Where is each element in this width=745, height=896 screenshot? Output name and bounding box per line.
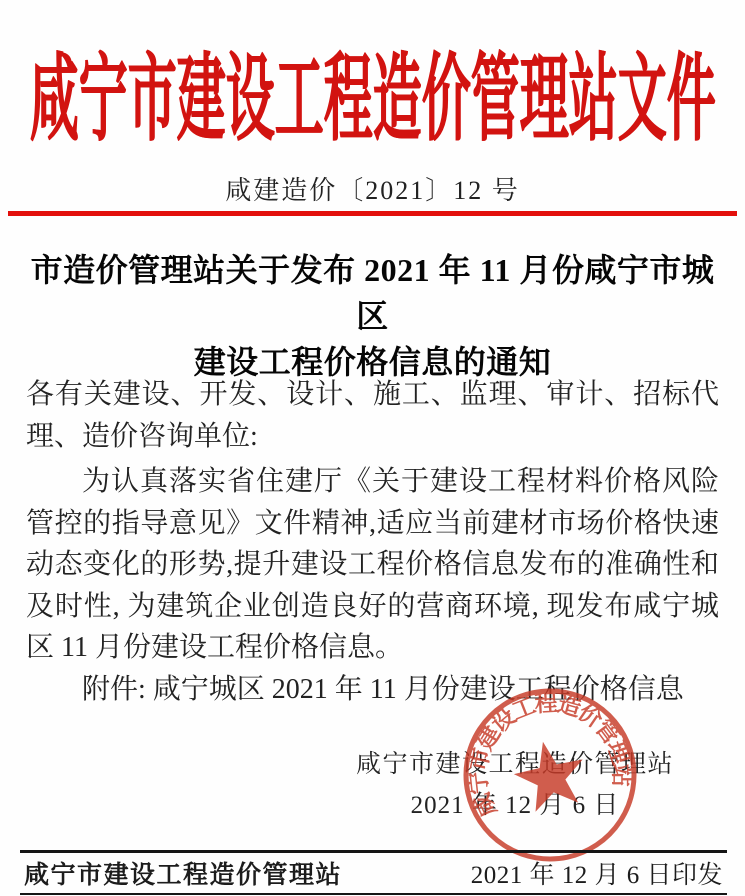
signature-block: 咸宁市建设工程造价管理站 2021 年 12 月 6 日 [356,751,674,820]
notice-title-line1: 市造价管理站关于发布 2021 年 11 月份咸宁市城区 [22,247,723,339]
body-paragraph: 为认真落实省住建厅《关于建设工程材料价格风险管控的指导意见》文件精神,适应当前建… [26,461,719,669]
footer-print-date: 2021 年 12 月 6 日印发 [471,855,723,891]
official-document-page: 咸宁市建设工程造价管理站文件 咸建造价〔2021〕12 号 市造价管理站关于发布… [0,0,745,896]
signature-date: 2021 年 12 月 6 日 [356,792,674,820]
footer-bar: 咸宁市建设工程造价管理站 2021 年 12 月 6 日印发 [20,850,727,895]
footer-issuer: 咸宁市建设工程造价管理站 [24,855,342,891]
salutation-line: 各有关建设、开发、设计、施工、监理、审计、招标代理、造价咨询单位: [26,374,719,458]
masthead-title: 咸宁市建设工程造价管理站文件 [0,24,745,161]
red-divider-rule [8,211,737,216]
attachment-line: 附件: 咸宁城区 2021 年 11 月份建设工程价格信息 [26,667,719,707]
notice-title: 市造价管理站关于发布 2021 年 11 月份咸宁市城区 建设工程价格信息的通知 [22,247,723,385]
document-number: 咸建造价〔2021〕12 号 [0,170,745,207]
signature-organization: 咸宁市建设工程造价管理站 [356,751,674,779]
